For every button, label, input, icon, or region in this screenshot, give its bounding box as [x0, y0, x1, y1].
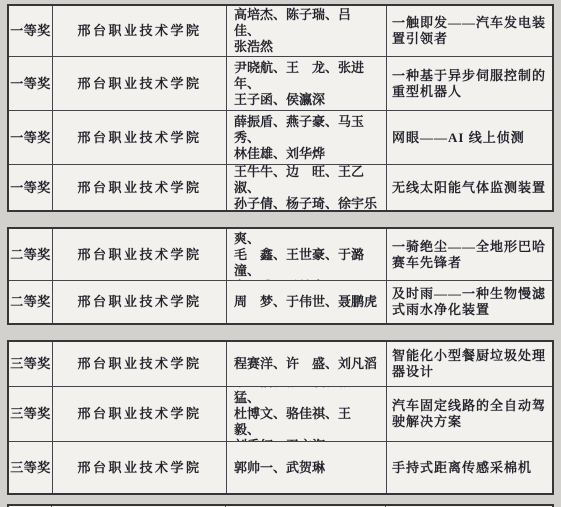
table-section-first-prize: 一等奖 邢台职业技术学院 高培杰、陈子瑞、吕 佳、 张浩然 一触即发——汽车发电… — [7, 4, 554, 212]
table-row: 三等奖 邢台职业技术学院 郭帅一、武贺琳 手持式距离传感采棉机 — [9, 442, 552, 493]
table-row: 一等奖 邢台职业技术学院 薛振盾、燕子豪、马玉秀、 林佳雄、刘华烨 网眼——AI… — [9, 111, 552, 165]
award-cell: 一等奖 — [9, 6, 53, 56]
institution-cell: 邢台职业技术学院 — [53, 342, 227, 386]
project-title-cell: 及时雨——一种生物慢滤 式雨水净化装置 — [387, 281, 552, 323]
names-cell: 魏宇航、马 博、韩东爽、 毛 鑫、王世豪、于潞潼、 高天成、马健康 — [227, 229, 387, 280]
table-row: 二等奖 邢台职业技术学院 周 梦、于伟世、聂鹏虎 及时雨——一种生物慢滤 式雨水… — [9, 281, 552, 323]
names-cell: 李 浩、张 峻、张 猛、 杜博文、骆佳祺、王 毅、 刘秀红、卫文海 — [227, 387, 387, 441]
table-section-third-prize: 三等奖 邢台职业技术学院 程赛洋、许 盛、刘凡滔 智能化小型餐厨垃圾处理 器设计… — [7, 340, 554, 495]
names-cell: 高培杰、陈子瑞、吕 佳、 张浩然 — [227, 6, 387, 56]
project-title-cell: 一骑绝尘——全地形巴哈 赛车先锋者 — [387, 229, 552, 280]
names-cell: 薛振盾、燕子豪、马玉秀、 林佳雄、刘华烨 — [227, 111, 387, 164]
project-title-cell: 手持式距离传感采棉机 — [387, 442, 552, 493]
project-title-cell: 智能化小型餐厨垃圾处理 器设计 — [387, 342, 552, 386]
award-cell: 三等奖 — [9, 387, 53, 441]
institution-cell: 邢台职业技术学院 — [53, 6, 227, 56]
names-cell: 王牛牛、边 旺、王乙淑、 孙子倩、杨子琦、徐宇乐 — [227, 165, 387, 210]
project-title-cell: 一种基于异步伺服控制的 重型机器人 — [387, 57, 552, 110]
names-cell: 程赛洋、许 盛、刘凡滔 — [227, 342, 387, 386]
award-cell: 一等奖 — [9, 57, 53, 110]
names-cell: 尹晓航、王 龙、张进年、 王子函、侯瀛深 — [227, 57, 387, 110]
table-row: 三等奖 邢台职业技术学院 程赛洋、许 盛、刘凡滔 智能化小型餐厨垃圾处理 器设计 — [9, 342, 552, 387]
award-cell: 一等奖 — [9, 165, 53, 210]
award-cell: 二等奖 — [9, 229, 53, 280]
institution-cell: 邢台职业技术学院 — [53, 281, 227, 323]
table-row: 二等奖 邢台职业技术学院 魏宇航、马 博、韩东爽、 毛 鑫、王世豪、于潞潼、 高… — [9, 229, 552, 281]
institution-cell: 邢台职业技术学院 — [53, 57, 227, 110]
table-row: 一等奖 邢台职业技术学院 高培杰、陈子瑞、吕 佳、 张浩然 一触即发——汽车发电… — [9, 6, 552, 57]
project-title-cell: 汽车固定线路的全自动驾 驶解决方案 — [387, 387, 552, 441]
institution-cell: 邢台职业技术学院 — [53, 229, 227, 280]
table-row: 三等奖 邢台职业技术学院 李 浩、张 峻、张 猛、 杜博文、骆佳祺、王 毅、 刘… — [9, 387, 552, 442]
institution-cell: 邢台职业技术学院 — [53, 387, 227, 441]
scanned-award-table-page: 一等奖 邢台职业技术学院 高培杰、陈子瑞、吕 佳、 张浩然 一触即发——汽车发电… — [0, 0, 561, 507]
institution-cell: 邢台职业技术学院 — [53, 165, 227, 210]
project-title-cell: 网眼——AI 线上侦测 — [387, 111, 552, 164]
award-cell: 二等奖 — [9, 281, 53, 323]
table-section-second-prize: 二等奖 邢台职业技术学院 魏宇航、马 博、韩东爽、 毛 鑫、王世豪、于潞潼、 高… — [7, 227, 554, 325]
project-title-cell: 一触即发——汽车发电装 置引领者 — [387, 6, 552, 56]
names-cell: 郭帅一、武贺琳 — [227, 442, 387, 493]
institution-cell: 邢台职业技术学院 — [53, 442, 227, 493]
award-cell: 三等奖 — [9, 342, 53, 386]
award-cell: 三等奖 — [9, 442, 53, 493]
award-cell: 一等奖 — [9, 111, 53, 164]
table-row: 一等奖 邢台职业技术学院 王牛牛、边 旺、王乙淑、 孙子倩、杨子琦、徐宇乐 无线… — [9, 165, 552, 210]
names-cell: 周 梦、于伟世、聂鹏虎 — [227, 281, 387, 323]
project-title-cell: 无线太阳能气体监测装置 — [387, 165, 552, 210]
institution-cell: 邢台职业技术学院 — [53, 111, 227, 164]
table-row: 一等奖 邢台职业技术学院 尹晓航、王 龙、张进年、 王子函、侯瀛深 一种基于异步… — [9, 57, 552, 111]
